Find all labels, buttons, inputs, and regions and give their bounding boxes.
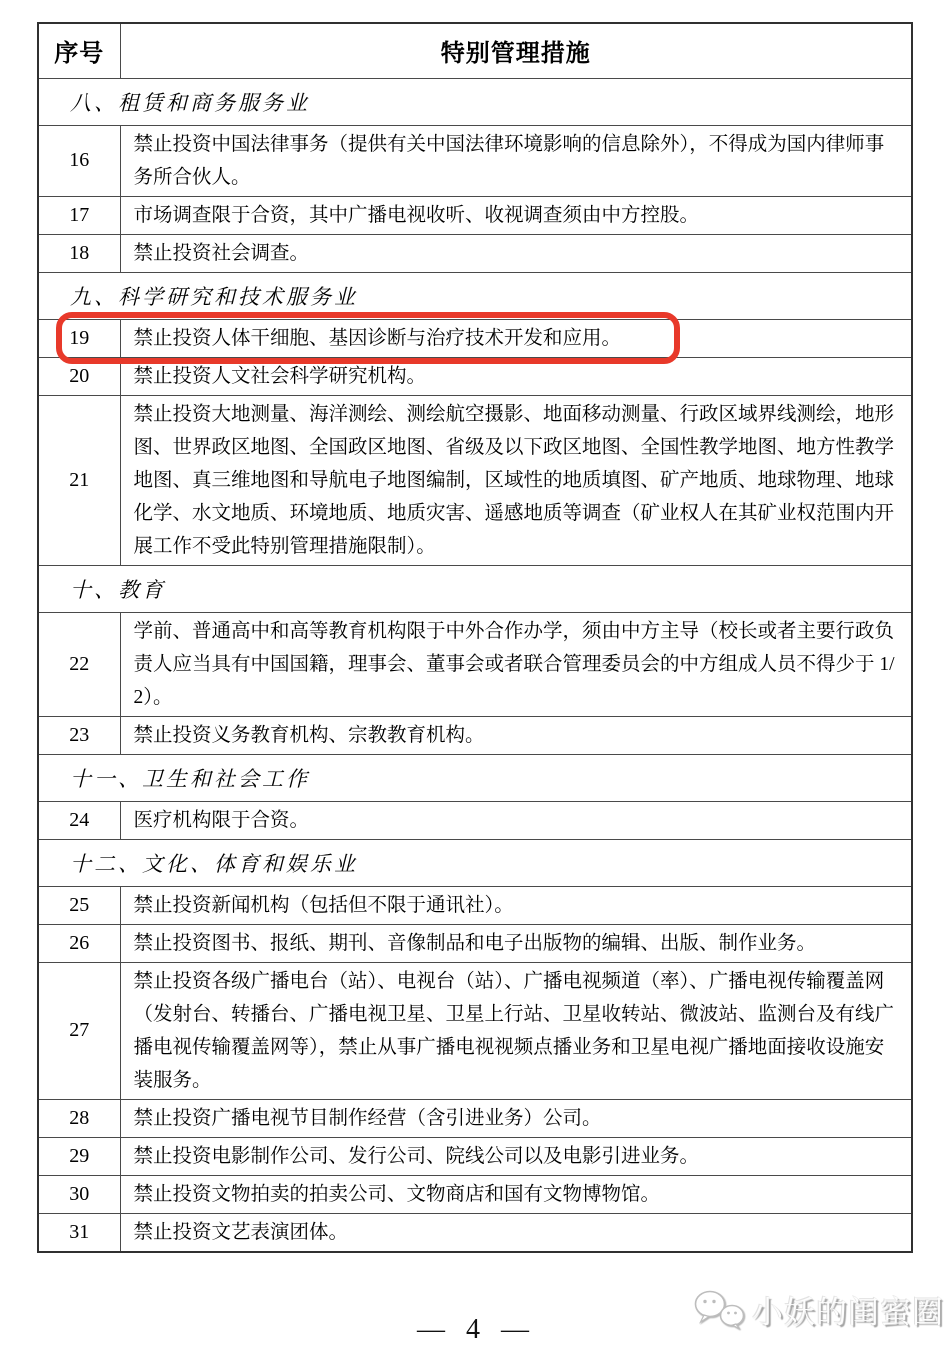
measure-text: 医疗机构限于合资。 bbox=[120, 801, 912, 839]
measure-text: 禁止投资各级广播电台（站）、电视台（站）、广播电视频道（率）、广播电视传输覆盖网… bbox=[120, 962, 912, 1099]
section-label: 八、租赁和商务服务业 bbox=[38, 78, 912, 125]
measure-row-23: 23禁止投资义务教育机构、宗教教育机构。 bbox=[38, 716, 912, 754]
section-label: 九、科学研究和技术服务业 bbox=[38, 272, 912, 319]
measure-row-16: 16禁止投资中国法律事务（提供有关中国法律环境影响的信息除外），不得成为国内律师… bbox=[38, 125, 912, 196]
row-number: 17 bbox=[38, 196, 120, 234]
measure-row-19: 19禁止投资人体干细胞、基因诊断与治疗技术开发和应用。 bbox=[38, 319, 912, 357]
section-row: 十一、卫生和社会工作 bbox=[38, 754, 912, 801]
row-number: 27 bbox=[38, 962, 120, 1099]
measure-text: 学前、普通高中和高等教育机构限于中外合作办学，须由中方主导（校长或者主要行政负责… bbox=[120, 612, 912, 716]
row-number: 30 bbox=[38, 1175, 120, 1213]
table-body: 八、租赁和商务服务业16禁止投资中国法律事务（提供有关中国法律环境影响的信息除外… bbox=[38, 78, 912, 1252]
measure-row-30: 30禁止投资文物拍卖的拍卖公司、文物商店和国有文物博物馆。 bbox=[38, 1175, 912, 1213]
watermark-text: 小妖的闺蜜圈 bbox=[752, 1287, 944, 1332]
measure-text: 禁止投资文艺表演团体。 bbox=[120, 1213, 912, 1252]
measure-row-26: 26禁止投资图书、报纸、期刊、音像制品和电子出版物的编辑、出版、制作业务。 bbox=[38, 924, 912, 962]
measure-row-25: 25禁止投资新闻机构（包括但不限于通讯社）。 bbox=[38, 886, 912, 924]
measure-row-18: 18禁止投资社会调查。 bbox=[38, 234, 912, 272]
wechat-chat-bubbles-icon bbox=[693, 1289, 747, 1331]
measure-text: 市场调查限于合资，其中广播电视收听、收视调查须由中方控股。 bbox=[120, 196, 912, 234]
measure-text: 禁止投资人体干细胞、基因诊断与治疗技术开发和应用。 bbox=[120, 319, 912, 357]
measure-text: 禁止投资新闻机构（包括但不限于通讯社）。 bbox=[120, 886, 912, 924]
measure-row-17: 17市场调查限于合资，其中广播电视收听、收视调查须由中方控股。 bbox=[38, 196, 912, 234]
measure-row-24: 24医疗机构限于合资。 bbox=[38, 801, 912, 839]
section-row: 十、教育 bbox=[38, 565, 912, 612]
row-number: 18 bbox=[38, 234, 120, 272]
measure-text: 禁止投资广播电视节目制作经营（含引进业务）公司。 bbox=[120, 1099, 912, 1137]
section-label: 十、教育 bbox=[38, 565, 912, 612]
measure-row-31: 31禁止投资文艺表演团体。 bbox=[38, 1213, 912, 1252]
row-number: 24 bbox=[38, 801, 120, 839]
measure-text: 禁止投资文物拍卖的拍卖公司、文物商店和国有文物博物馆。 bbox=[120, 1175, 912, 1213]
row-number: 28 bbox=[38, 1099, 120, 1137]
measures-table: 序号 特别管理措施 八、租赁和商务服务业16禁止投资中国法律事务（提供有关中国法… bbox=[37, 22, 913, 1253]
row-number: 23 bbox=[38, 716, 120, 754]
row-number: 31 bbox=[38, 1213, 120, 1252]
measure-row-21: 21禁止投资大地测量、海洋测绘、测绘航空摄影、地面移动测量、行政区域界线测绘，地… bbox=[38, 395, 912, 565]
measure-row-20: 20禁止投资人文社会科学研究机构。 bbox=[38, 357, 912, 395]
row-number: 25 bbox=[38, 886, 120, 924]
row-number: 21 bbox=[38, 395, 120, 565]
section-label: 十二、文化、体育和娱乐业 bbox=[38, 839, 912, 886]
row-number: 26 bbox=[38, 924, 120, 962]
measure-text: 禁止投资中国法律事务（提供有关中国法律环境影响的信息除外），不得成为国内律师事务… bbox=[120, 125, 912, 196]
column-header-measures: 特别管理措施 bbox=[120, 23, 912, 78]
measure-text: 禁止投资社会调查。 bbox=[120, 234, 912, 272]
measure-row-28: 28禁止投资广播电视节目制作经营（含引进业务）公司。 bbox=[38, 1099, 912, 1137]
row-number: 19 bbox=[38, 319, 120, 357]
section-row: 九、科学研究和技术服务业 bbox=[38, 272, 912, 319]
row-number: 20 bbox=[38, 357, 120, 395]
measure-text: 禁止投资义务教育机构、宗教教育机构。 bbox=[120, 716, 912, 754]
watermark: 小妖的闺蜜圈 bbox=[693, 1287, 944, 1332]
row-number: 16 bbox=[38, 125, 120, 196]
row-number: 29 bbox=[38, 1137, 120, 1175]
measure-text: 禁止投资人文社会科学研究机构。 bbox=[120, 357, 912, 395]
document-page: 序号 特别管理措施 八、租赁和商务服务业16禁止投资中国法律事务（提供有关中国法… bbox=[0, 0, 946, 1358]
measure-text: 禁止投资大地测量、海洋测绘、测绘航空摄影、地面移动测量、行政区域界线测绘，地形图… bbox=[120, 395, 912, 565]
row-number: 22 bbox=[38, 612, 120, 716]
measure-text: 禁止投资图书、报纸、期刊、音像制品和电子出版物的编辑、出版、制作业务。 bbox=[120, 924, 912, 962]
table-header-row: 序号 特别管理措施 bbox=[38, 23, 912, 78]
section-row: 八、租赁和商务服务业 bbox=[38, 78, 912, 125]
measure-row-29: 29禁止投资电影制作公司、发行公司、院线公司以及电影引进业务。 bbox=[38, 1137, 912, 1175]
measure-row-27: 27禁止投资各级广播电台（站）、电视台（站）、广播电视频道（率）、广播电视传输覆… bbox=[38, 962, 912, 1099]
measure-row-22: 22学前、普通高中和高等教育机构限于中外合作办学，须由中方主导（校长或者主要行政… bbox=[38, 612, 912, 716]
section-label: 十一、卫生和社会工作 bbox=[38, 754, 912, 801]
measure-text: 禁止投资电影制作公司、发行公司、院线公司以及电影引进业务。 bbox=[120, 1137, 912, 1175]
column-header-no: 序号 bbox=[38, 23, 120, 78]
section-row: 十二、文化、体育和娱乐业 bbox=[38, 839, 912, 886]
